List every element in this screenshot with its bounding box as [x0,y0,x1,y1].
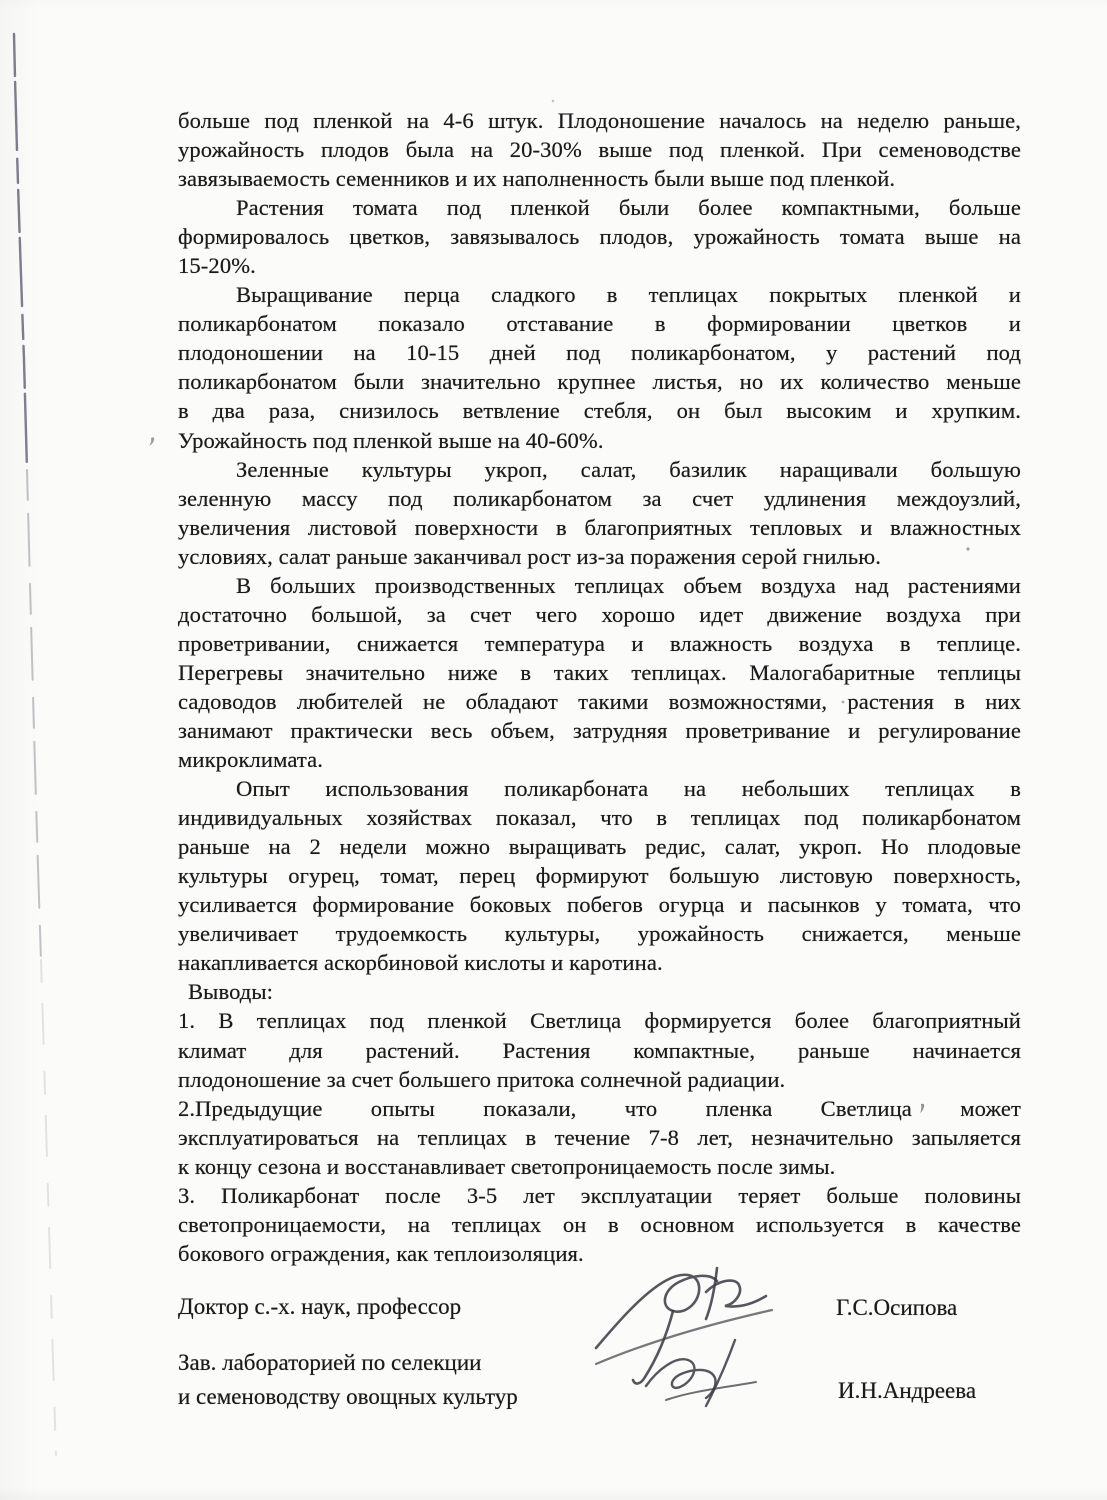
text-line: усиливается формирование боковых побегов… [178,890,1021,919]
text-line: раньше на 2 недели можно выращивать реди… [178,832,1021,861]
paragraph-4: Зеленные культуры укроп, салат, базилик … [178,455,1021,571]
text-line: проветривании, снижается температура и в… [178,629,1021,658]
text-line: больше под пленкой на 4-6 штук. Плодонош… [178,106,1021,135]
text-line: эксплуатироваться на теплицах в течение … [178,1123,1021,1152]
text-line: Выводы: [188,977,1021,1006]
signatory-2-title-line-2: и семеноводству овощных культур [178,1382,518,1412]
signatory-2-name: И.Н.Андреева [838,1376,976,1406]
text-line: Опыт использования поликарбоната на небо… [178,774,1021,803]
text-line: занимают практически весь объем, затрудн… [178,716,1021,745]
text-line: 3. Поликарбонат после 3-5 лет эксплуатац… [178,1181,1021,1210]
text-line: урожайность плодов была на 20-30% выше п… [178,135,1021,164]
text-line: культуры огурец, томат, перец формируют … [178,861,1021,890]
text-line: увеличения листовой поверхности в благоп… [178,513,1021,542]
text-line: достаточно большой, за счет чего хорошо … [178,600,1021,629]
signature-andreeva [636,1332,771,1414]
text-line: Растения томата под пленкой были более к… [178,193,1021,222]
text-line: поликарбонатом показало отставание в фор… [178,309,1021,338]
text-line: 15-20%. [178,251,1021,280]
text-line: климат для растений. Растения компактные… [178,1036,1021,1065]
conclusion-item-1: 1. В теплицах под пленкой Светлица форми… [178,1006,1021,1093]
text-line: формировалось цветков, завязывалось плод… [178,222,1021,251]
text-line: зеленную массу под поликарбонатом за сче… [178,484,1021,513]
text-line: индивидуальных хозяйствах показал, что в… [178,803,1021,832]
paragraph-6: Опыт использования поликарбоната на небо… [178,774,1021,977]
text-line: Выращивание перца сладкого в теплицах по… [178,280,1021,309]
text-line: увеличивает трудоемкость культуры, урожа… [178,919,1021,948]
paragraph-2: Растения томата под пленкой были более к… [178,193,1021,280]
document-text: больше под пленкой на 4-6 штук. Плодонош… [178,106,1021,1268]
text-line: условиях, салат раньше заканчивал рост и… [178,542,1021,571]
scanned-letter-page: больше под пленкой на 4-6 штук. Плодонош… [0,0,1107,1500]
text-line: к концу сезона и восстанавливает светопр… [178,1152,1021,1181]
paragraph-1: больше под пленкой на 4-6 штук. Плодонош… [178,106,1021,193]
paragraph-3: Выращивание перца сладкого в теплицах по… [178,280,1021,454]
conclusions-heading: Выводы: [188,977,1021,1006]
text-line: плодоношении на 10-15 дней под поликарбо… [178,338,1021,367]
signatory-2-title-line-1: Зав. лабораторией по селекции [178,1348,481,1378]
signatory-1-title: Доктор с.-х. наук, профессор [178,1292,461,1322]
text-line: Зеленные культуры укроп, салат, базилик … [178,455,1021,484]
conclusion-item-2: 2.Предыдущие опыты показали, что пленка … [178,1094,1021,1181]
text-line: завязываемость семенников и их наполненн… [178,164,1021,193]
text-line: плодоношение за счет большего притока со… [178,1065,1021,1094]
text-line: Урожайность под пленкой выше на 40-60%. [178,426,1021,455]
text-line: в два раза, снизилось ветвление стебля, … [178,396,1021,425]
text-line: В больших производственных теплицах объе… [178,571,1021,600]
text-line: 2.Предыдущие опыты показали, что пленка … [178,1094,1021,1123]
signatory-1-name: Г.С.Осипова [836,1293,957,1323]
text-line: садоводов любителей не обладают такими в… [178,687,1021,716]
text-line: поликарбонатом были значительно крупнее … [178,367,1021,396]
paragraph-5: В больших производственных теплицах объе… [178,571,1021,774]
text-line: микроклимата. [178,745,1021,774]
text-line: 1. В теплицах под пленкой Светлица форми… [178,1006,1021,1035]
scan-fold-line [14,34,56,1455]
text-line: Перегревы значительно ниже в таких тепли… [178,658,1021,687]
text-line: накапливается аскорбиновой кислоты и кар… [178,948,1021,977]
text-line: светопроницаемости, на теплицах он в осн… [178,1210,1021,1239]
